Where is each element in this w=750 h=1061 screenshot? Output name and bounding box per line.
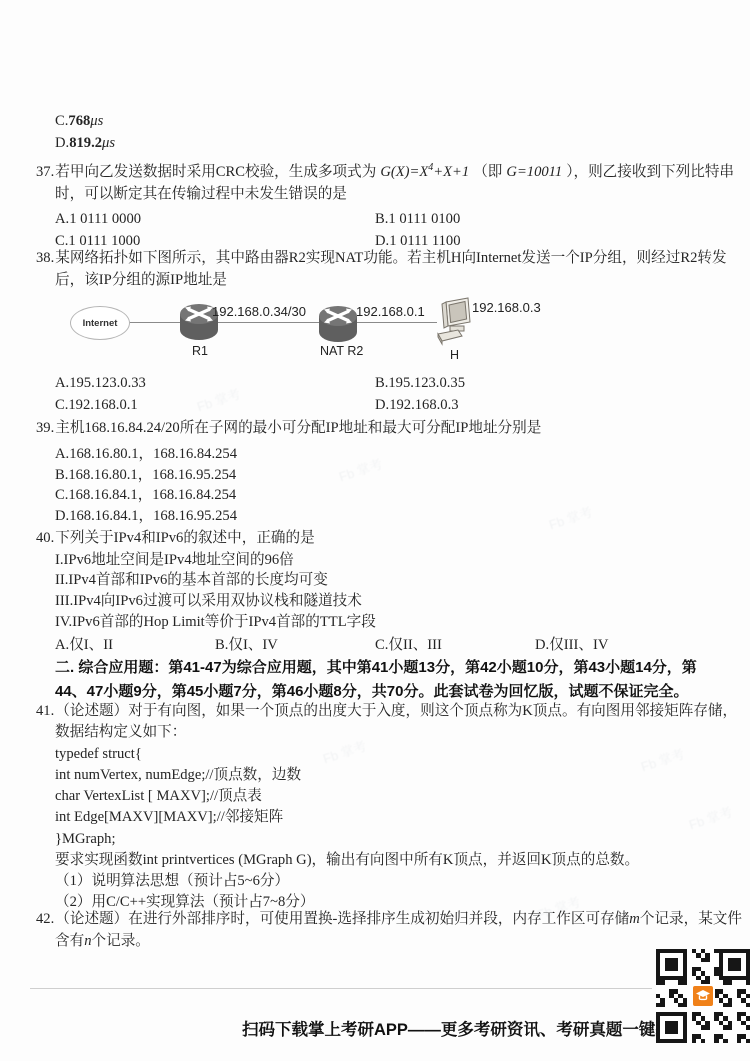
- host-label: H: [450, 348, 459, 362]
- var-m: m: [629, 911, 640, 927]
- qr-code: [656, 949, 750, 1049]
- question-number: 37.: [36, 164, 55, 180]
- question-text: 主机168.16.84.24/20所在子网的最小可分配IP地址和最大可分配IP地…: [55, 420, 541, 436]
- option-unit: μs: [90, 113, 103, 129]
- option-line: C.768μs: [36, 110, 115, 132]
- internet-cloud: Internet: [70, 306, 130, 340]
- question-38: 38.某网络拓扑如下图所示，其中路由器R2实现NAT功能。若主机H向Intern…: [36, 248, 747, 292]
- option-b: B.仅I、IV: [215, 635, 375, 656]
- code-line: int Edge[MAXV][MAXV];//邻接矩阵: [36, 807, 747, 828]
- question-text: 下列关于IPv4和IPv6的叙述中，正确的是: [55, 530, 314, 546]
- option-c: C.168.16.84.1，168.16.84.254: [36, 485, 747, 506]
- option-b: B.195.123.0.35: [375, 373, 695, 395]
- option-c: C.仅II、III: [375, 635, 535, 656]
- router-r1-label: R1: [192, 344, 208, 358]
- link-r1-r2: [216, 322, 319, 323]
- router-r2-label: NAT R2: [320, 344, 363, 358]
- crc-formula: G(X)=X4+X+1: [380, 164, 469, 180]
- question-39-options: A.168.16.80.1，168.16.84.254 B.168.16.80.…: [36, 444, 747, 527]
- option-a: A.168.16.80.1，168.16.84.254: [36, 444, 747, 465]
- statement-1: I.IPv6地址空间是IPv4地址空间的96倍: [36, 550, 747, 571]
- question-37: 37.若甲向乙发送数据时采用CRC校验，生成多项式为G(X)=X4+X+1（即G…: [36, 157, 747, 252]
- g-value: G=10011: [506, 164, 562, 180]
- option-b: B.168.16.80.1，168.16.95.254: [36, 465, 747, 486]
- question-text: 某网络拓扑如下图所示，其中路由器R2实现NAT功能。若主机H向Internet发…: [55, 250, 727, 288]
- question-number: 41.: [36, 703, 55, 719]
- option-b: B.1 0111 0100: [375, 209, 695, 231]
- statement-2: II.IPv4首部和IPv6的基本首部的长度均可变: [36, 570, 747, 591]
- question-41-requirement: 要求实现函数int printvertices (MGraph G)，输出有向图…: [36, 850, 747, 871]
- host-ip-label: 192.168.0.3: [472, 300, 541, 315]
- code-line: }MGraph;: [36, 829, 747, 850]
- internet-label: Internet: [83, 318, 118, 329]
- question-text: （论述题）对于有向图，如果一个顶点的出度大于入度，则这个顶点称为K顶点。有向图用…: [55, 703, 737, 740]
- code-line: char VertexList [ MAXV];//顶点表: [36, 786, 747, 807]
- question-40-options: A.仅I、II B.仅I、IV C.仅II、III D.仅III、IV: [36, 635, 747, 656]
- footer-banner-text: 扫码下载掌上考研APP——更多考研资讯、考研真题一键获取: [242, 1016, 688, 1040]
- question-number: 42.: [36, 911, 55, 927]
- router-r2-icon: [317, 303, 359, 345]
- option-d: D.192.168.0.3: [375, 395, 695, 417]
- question-42-text: 42.（论述题）在进行外部排序时，可使用置换-选择排序生成初始归并段，内存工作区…: [36, 909, 747, 953]
- question-41: 41.（论述题）对于有向图，如果一个顶点的出度大于入度，则这个顶点称为K顶点。有…: [36, 701, 747, 914]
- code-line: int numVertex, numEdge;//顶点数，边数: [36, 765, 747, 786]
- question-42: 42.（论述题）在进行外部排序时，可使用置换-选择排序生成初始归并段，内存工作区…: [36, 909, 747, 953]
- statement-4: IV.IPv6首部的Hop Limit等价于IPv4首部的TTL字段: [36, 612, 747, 633]
- link-r2-host: [355, 322, 437, 323]
- exam-paper-page: C.768μs D.819.2μs 37.若甲向乙发送数据时采用CRC校验，生成…: [0, 0, 750, 1061]
- option-d: D.168.16.84.1，168.16.95.254: [36, 506, 747, 527]
- option-a: A.仅I、II: [55, 635, 215, 656]
- option-a: A.1 0111 0000: [55, 209, 375, 231]
- question-number: 40.: [36, 530, 55, 546]
- question-number: 38.: [36, 250, 55, 266]
- question-text: 个记录。: [92, 933, 150, 949]
- link1-ip-label: 192.168.0.34/30: [212, 304, 306, 319]
- footer-divider: [30, 988, 652, 989]
- question-40-statements: I.IPv6地址空间是IPv4地址空间的96倍 II.IPv4首部和IPv6的基…: [36, 550, 747, 632]
- option-value: 819.2: [69, 135, 102, 151]
- option-line: D.819.2μs: [36, 132, 115, 154]
- question-39-text: 39.主机168.16.84.24/20所在子网的最小可分配IP地址和最大可分配…: [36, 418, 747, 440]
- question-number: 39.: [36, 420, 55, 436]
- section-2-heading: 二. 综合应用题：第41-47为综合应用题，其中第41小题13分，第42小题10…: [55, 656, 725, 703]
- question-text: 若甲向乙发送数据时采用CRC校验，生成多项式为: [55, 164, 376, 180]
- prev-question-options: C.768μs D.819.2μs: [36, 110, 115, 154]
- option-d: D.仅III、IV: [535, 635, 747, 656]
- network-topology-diagram: Internet R1 192.168.0.34/30: [36, 296, 698, 374]
- option-letter: D.: [55, 135, 69, 151]
- question-text: 有: [70, 933, 85, 949]
- question-41-text: 41.（论述题）对于有向图，如果一个顶点的出度大于入度，则这个顶点称为K顶点。有…: [36, 701, 747, 744]
- question-40-text: 40.下列关于IPv4和IPv6的叙述中，正确的是: [36, 528, 747, 550]
- question-text: （即: [473, 164, 502, 180]
- question-37-text: 37.若甲向乙发送数据时采用CRC校验，生成多项式为G(X)=X4+X+1（即G…: [36, 157, 747, 205]
- question-40: 40.下列关于IPv4和IPv6的叙述中，正确的是 I.IPv6地址空间是IPv…: [36, 528, 747, 656]
- question-39: 39.主机168.16.84.24/20所在子网的最小可分配IP地址和最大可分配…: [36, 418, 747, 527]
- question-38-options: A.195.123.0.33 B.195.123.0.35 C.192.168.…: [55, 373, 695, 416]
- link2-ip-label: 192.168.0.1: [356, 304, 425, 319]
- option-letter: C.: [55, 113, 68, 129]
- qr-logo-icon: [691, 984, 715, 1008]
- question-38-text: 38.某网络拓扑如下图所示，其中路由器R2实现NAT功能。若主机H向Intern…: [36, 248, 747, 292]
- option-value: 768: [68, 113, 90, 129]
- question-37-options: A.1 0111 0000 B.1 0111 0100 C.1 0111 100…: [55, 209, 695, 252]
- option-unit: μs: [102, 135, 115, 151]
- question-41-subtask-1: （1）说明算法思想（预计占5~6分）: [36, 871, 747, 892]
- link-internet-r1: [128, 322, 180, 323]
- var-n: n: [84, 933, 91, 949]
- statement-3: III.IPv4向IPv6过渡可以采用双协议栈和隧道技术: [36, 591, 747, 612]
